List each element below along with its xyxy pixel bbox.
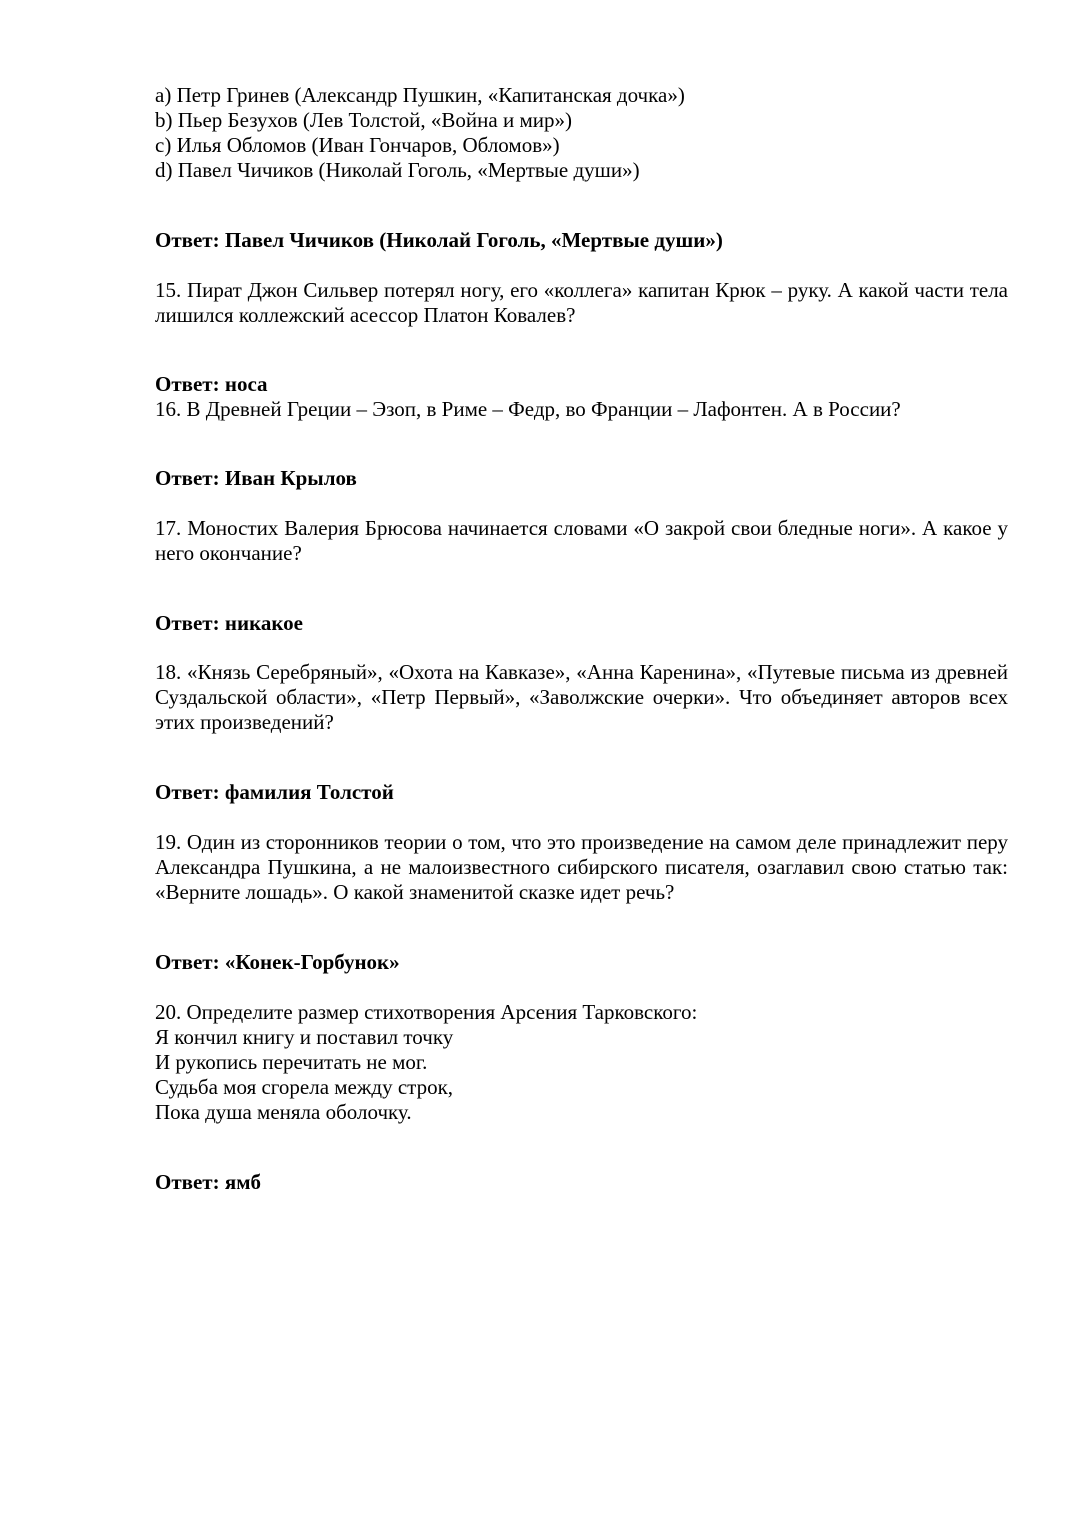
option-a: a) Петр Гринев (Александр Пушкин, «Капит…: [155, 83, 685, 108]
question-20-prompt: 20. Определите размер стихотворения Арсе…: [155, 1000, 697, 1025]
question-18: 18. «Князь Серебряный», «Охота на Кавказ…: [155, 660, 1008, 735]
answer-17: Ответ: никакое: [155, 611, 303, 636]
verse-line-2: И рукопись перечитать не мог.: [155, 1050, 427, 1075]
question-16: 16. В Древней Греции – Эзоп, в Риме – Фе…: [155, 397, 901, 422]
question-15: 15. Пират Джон Сильвер потерял ногу, его…: [155, 278, 1008, 328]
answer-15: Ответ: носа: [155, 372, 268, 397]
answer-18: Ответ: фамилия Толстой: [155, 780, 394, 805]
document-page: a) Петр Гринев (Александр Пушкин, «Капит…: [0, 0, 1086, 1536]
verse-line-1: Я кончил книгу и поставил точку: [155, 1025, 453, 1050]
option-b: b) Пьер Безухов (Лев Толстой, «Война и м…: [155, 108, 572, 133]
option-c: c) Илья Обломов (Иван Гончаров, Обломов»…: [155, 133, 560, 158]
answer-14: Ответ: Павел Чичиков (Николай Гоголь, «М…: [155, 228, 723, 253]
question-17: 17. Моностих Валерия Брюсова начинается …: [155, 516, 1008, 566]
answer-16: Ответ: Иван Крылов: [155, 466, 357, 491]
answer-19: Ответ: «Конек-Горбунок»: [155, 950, 400, 975]
verse-line-4: Пока душа меняла оболочку.: [155, 1100, 412, 1125]
verse-line-3: Судьба моя сгорела между строк,: [155, 1075, 453, 1100]
answer-20: Ответ: ямб: [155, 1170, 261, 1195]
option-d: d) Павел Чичиков (Николай Гоголь, «Мертв…: [155, 158, 640, 183]
question-19: 19. Один из сторонников теории о том, чт…: [155, 830, 1008, 905]
